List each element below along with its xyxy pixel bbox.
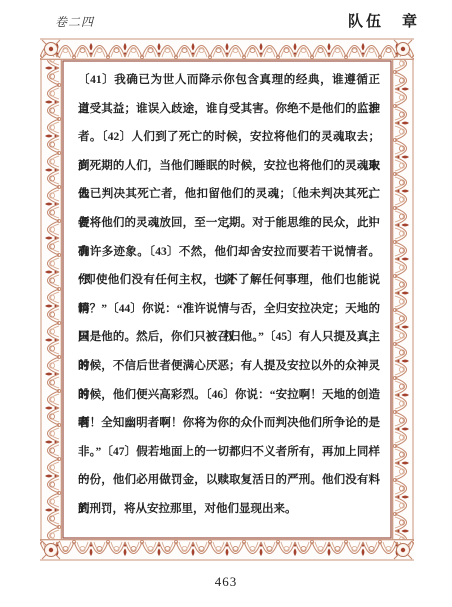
text-line: 有许多迹象。〔43〕不然，他们却舍安拉而要若干说情者。你说： bbox=[78, 238, 380, 267]
book-page: 卷二四 队伍 章 bbox=[0, 0, 452, 607]
text-line: 自受其益；谁误入歧途，谁自受其害。你绝不是他们的监护 bbox=[78, 95, 380, 124]
text-line: 时候，他们便兴高彩烈。〔46〕你说：“安拉啊！天地的创造者 bbox=[78, 381, 380, 410]
text-line: 时候，不信后世者便满心厌恶；有人提及安拉以外的众神灵的 bbox=[78, 352, 380, 381]
chapter-title: 队伍 章 bbox=[348, 10, 420, 31]
text-line: 的刑罚，将从安拉那里，对他们显现出来。 bbox=[78, 495, 380, 524]
text-line: 非。”〔47〕假若地面上的一切都归不义者所有，再加上同样的 bbox=[78, 438, 380, 467]
text-line: 一份，他们必用做罚金，以赎取复活日的严刑。他们没有料到 bbox=[78, 466, 380, 495]
text-line: 便将他们的灵魂放回，至一定期。对于能思维的民众，此中确 bbox=[78, 209, 380, 238]
page-number: 463 bbox=[0, 574, 452, 590]
volume-label: 卷二四 bbox=[55, 13, 94, 30]
verse-text-block: 〔41〕我确已为世人而降示你包含真理的经典，谁遵循正道，谁 自受其益；谁误入歧途… bbox=[78, 66, 380, 524]
text-line: 者。〔42〕人们到了死亡的时候，安拉将他们的灵魂取去；尚未 bbox=[78, 123, 380, 152]
text-line: 他已判决其死亡者，他扣留他们的灵魂；〔他未判决其死亡者，〕 bbox=[78, 180, 380, 209]
text-line: 啊！全知幽明者啊！你将为你的众仆而判决他们所争论的是 bbox=[78, 409, 380, 438]
text-line: “即使他们没有任何主权，也不了解任何事理，他们也能说情 bbox=[78, 266, 380, 295]
text-line: 到死期的人们，当他们睡眠的时候，安拉也将他们的灵魂取去。 bbox=[78, 152, 380, 181]
text-line: 吗？”〔44〕你说：“准许说情与否，全归安拉决定；天地的国权， bbox=[78, 295, 380, 324]
text-line: 只是他的。然后，你们只被召归他。”〔45〕有人只提及真主的 bbox=[78, 323, 380, 352]
text-line: 〔41〕我确已为世人而降示你包含真理的经典，谁遵循正道，谁 bbox=[78, 66, 380, 95]
